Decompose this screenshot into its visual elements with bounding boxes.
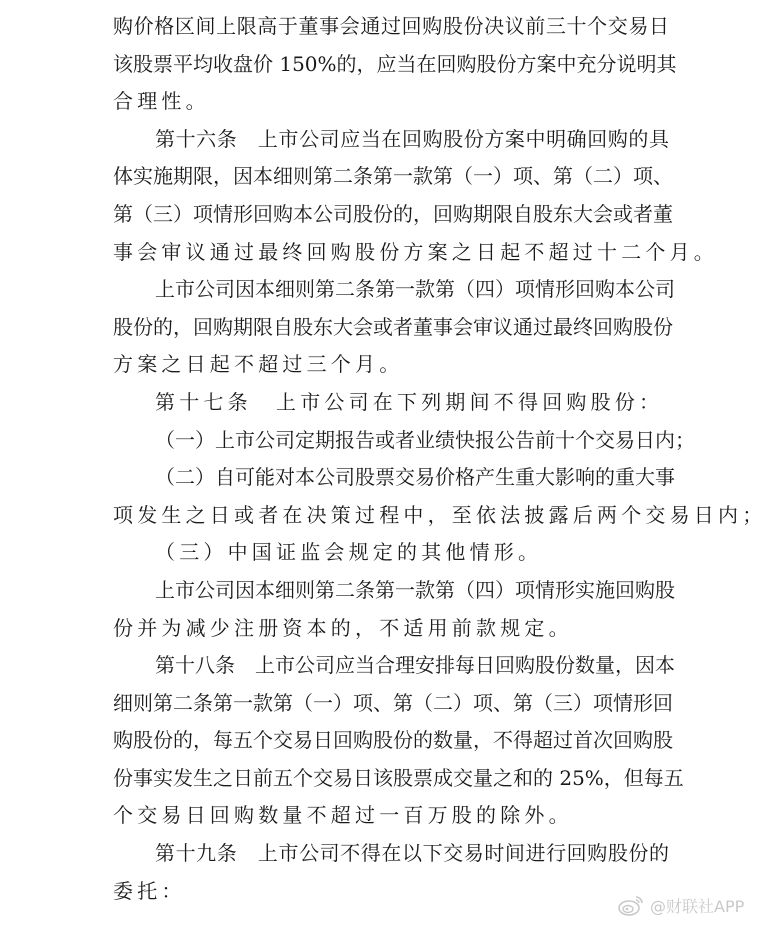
text-line: 上市公司因本细则第二条第一款第（四）项情形回购本公司 [113,271,669,309]
text-line: 第（三）项情形回购本公司股份的，回购期限自股东大会或者董 [113,196,669,234]
list-item-2: （二）自可能对本公司股票交易价格产生重大影响的重大事 [113,459,669,497]
text-line: 合理性。 [113,83,669,121]
article-17-heading-line: 第十七条 上市公司在下列期间不得回购股份： [113,384,669,422]
text-line: 细则第二条第一款第（一）项、第（二）项、第（三）项情形回 [113,685,669,723]
text-line: 该股票平均收盘价 150%的，应当在回购股份方案中充分说明其 [113,46,669,84]
watermark: @财联社APP [618,893,744,917]
article-18-heading-line: 第十八条 上市公司应当合理安排每日回购股份数量，因本 [113,647,669,685]
text-line: 上市公司因本细则第二条第一款第（四）项情形实施回购股 [113,572,669,610]
text-line: 体实施期限，因本细则第二条第一款第（一）项、第（二）项、 [113,158,669,196]
weibo-icon [618,894,644,916]
article-19-heading-line: 第十九条 上市公司不得在以下交易时间进行回购股份的 [113,835,669,873]
text-line: 事会审议通过最终回购股份方案之日起不超过十二个月。 [113,234,669,272]
document-page: 购价格区间上限高于董事会通过回购股份决议前三十个交易日 该股票平均收盘价 150… [113,8,669,910]
text-line: 项发生之日或者在决策过程中，至依法披露后两个交易日内； [113,497,669,535]
text-line: 购价格区间上限高于董事会通过回购股份决议前三十个交易日 [113,8,669,46]
text-line: 委托： [113,873,669,911]
list-item-3: （三）中国证监会规定的其他情形。 [113,534,669,572]
text-line: 股份的，回购期限自股东大会或者董事会审议通过最终回购股份 [113,309,669,347]
text-line: 个交易日回购数量不超过一百万股的除外。 [113,797,669,835]
text-line: 份并为减少注册资本的，不适用前款规定。 [113,610,669,648]
text-line: 份事实发生之日前五个交易日该股票成交量之和的 25%，但每五 [113,760,669,798]
text-line: 购股份的，每五个交易日回购股份的数量，不得超过首次回购股 [113,722,669,760]
article-16-heading-line: 第十六条 上市公司应当在回购股份方案中明确回购的具 [113,121,669,159]
watermark-text: @财联社APP [650,894,744,917]
list-item-1: （一）上市公司定期报告或者业绩快报公告前十个交易日内； [113,422,669,460]
text-line: 方案之日起不超过三个月。 [113,346,669,384]
